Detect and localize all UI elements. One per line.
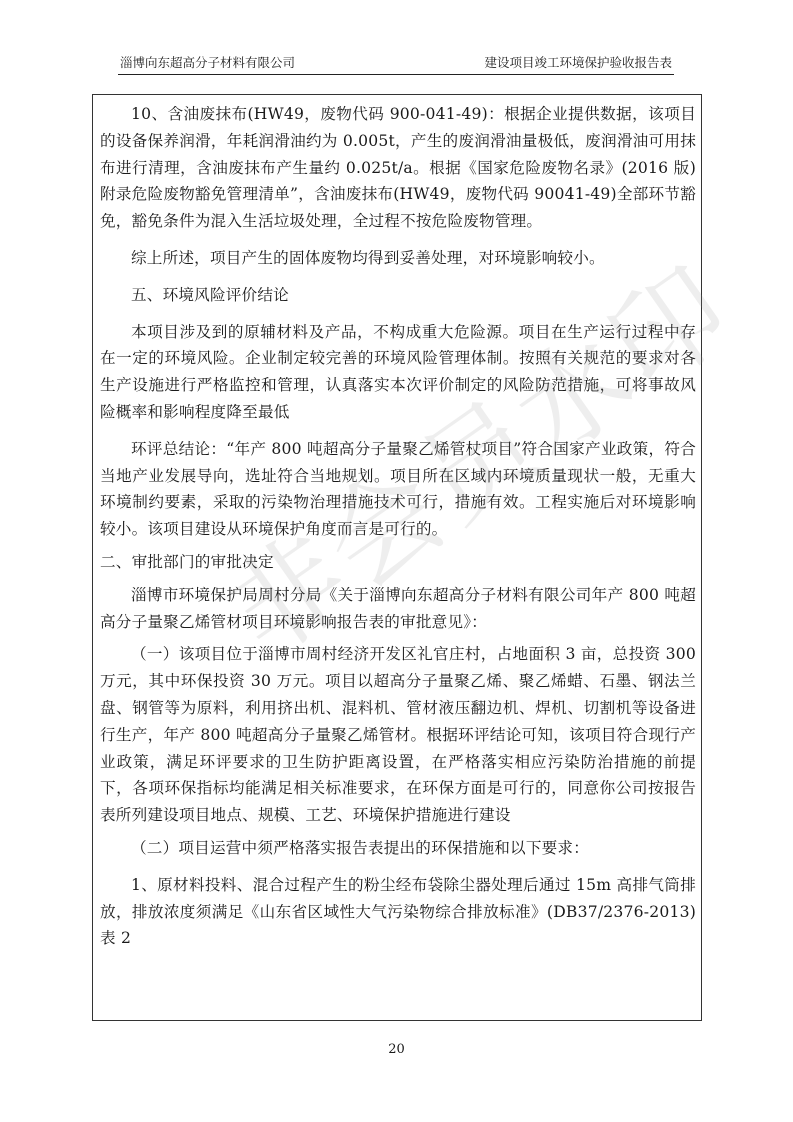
page-number: 20: [0, 1042, 793, 1057]
page-header: 淄博向东超高分子材料有限公司 建设项目竣工环境保护验收报告表: [118, 54, 674, 75]
paragraph-risk-conclusion: 本项目涉及到的原辅材料及产品，不构成重大危险源。项目在生产运行过程中存在一定的环…: [100, 319, 696, 426]
header-company: 淄博向东超高分子材料有限公司: [120, 55, 295, 71]
paragraph-oily-rags: 10、含油废抹布(HW49，废物代码 900-041-49)：根据企业提供数据，…: [100, 101, 696, 235]
header-report-title: 建设项目竣工环境保护验收报告表: [484, 55, 672, 71]
document-body: 10、含油废抹布(HW49，废物代码 900-041-49)：根据企业提供数据，…: [100, 101, 696, 962]
paragraph-requirement-1: 1、原材料投料、混合过程产生的粉尘经布袋除尘器处理后通过 15m 高排气筒排放，…: [100, 872, 696, 952]
paragraph-approval-item-1: （一）该项目位于淄博市周村经济开发区礼官庄村，占地面积 3 亩，总投资 300 …: [100, 641, 696, 829]
paragraph-approval-title: 淄博市环境保护局周村分局《关于淄博向东超高分子材料有限公司年产 800 吨超高分…: [100, 582, 696, 636]
section-heading-risk: 五、环境风险评价结论: [100, 282, 696, 309]
paragraph-solid-waste-summary: 综上所述，项目产生的固体废物均得到妥善处理，对环境影响较小。: [100, 245, 696, 272]
paragraph-eia-conclusion: 环评总结论：“年产 800 吨超高分子量聚乙烯管杖项目”符合国家产业政策，符合当…: [100, 436, 696, 543]
paragraph-approval-item-2: （二）项目运营中须严格落实报告表提出的环保措施和以下要求：: [100, 835, 696, 862]
section-heading-approval: 二、审批部门的审批决定: [100, 549, 696, 576]
